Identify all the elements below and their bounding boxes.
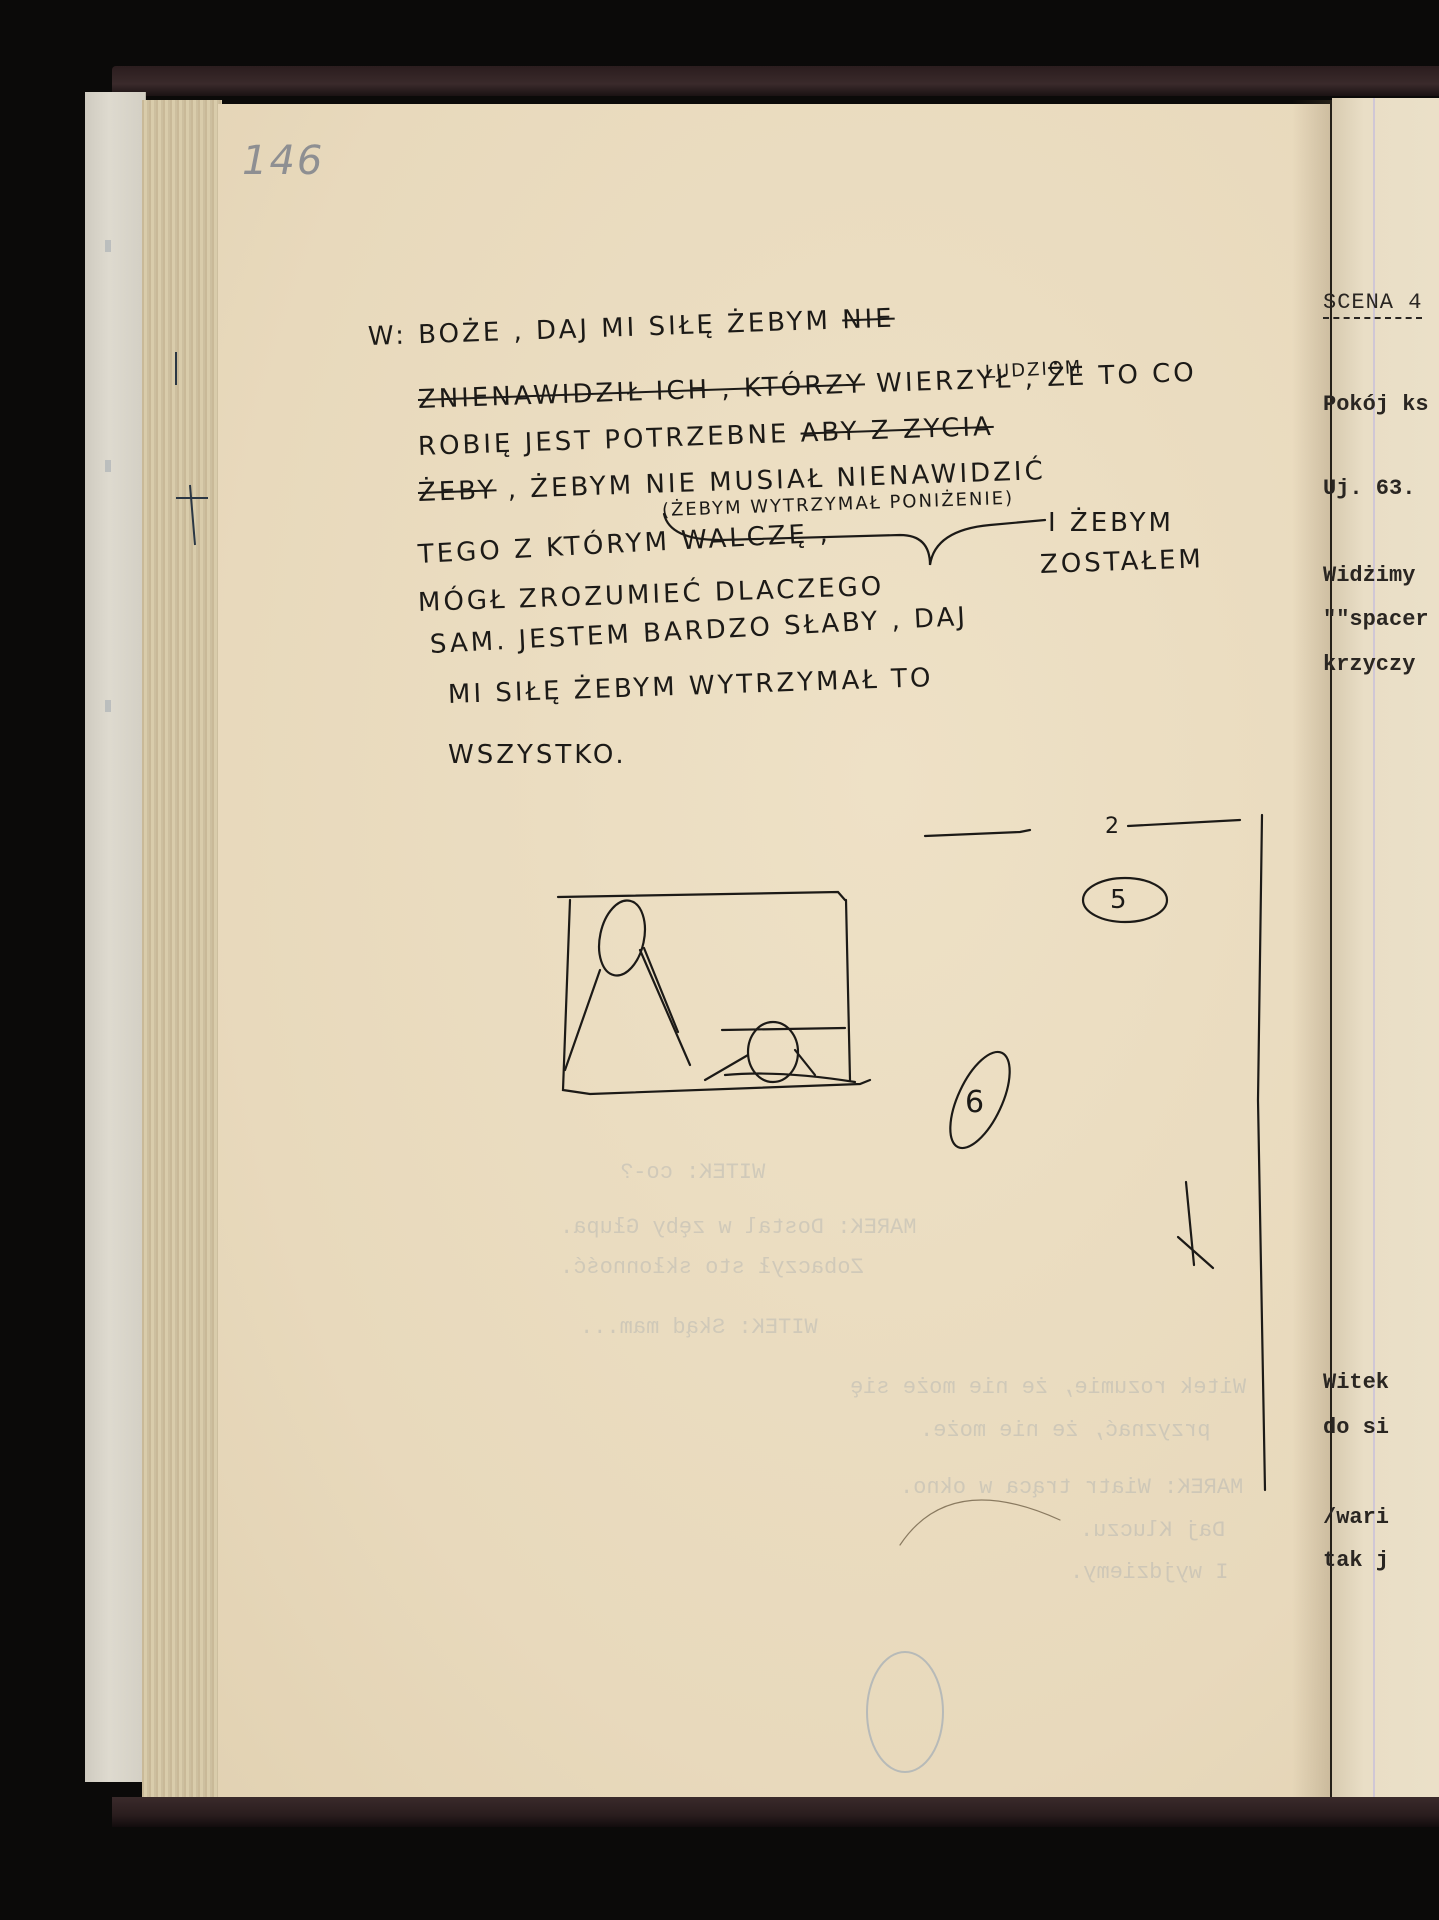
note-line-9: WSZYSTKO. — [448, 740, 627, 770]
tape-mark — [105, 240, 111, 252]
right-page — [1332, 98, 1439, 1798]
typed-line: tak j — [1323, 1548, 1389, 1573]
typed-line: ""spacer — [1323, 607, 1429, 632]
typed-line: do si — [1323, 1415, 1389, 1440]
gutter-shadow — [1292, 100, 1332, 1797]
typed-line: Uj. 63. — [1323, 476, 1415, 501]
page-number: 146 — [242, 138, 324, 184]
bleed-through-line: Daj Kluczu. — [1080, 1518, 1225, 1543]
right-page-margin-line — [1373, 98, 1375, 1798]
typed-line: Pokój ks — [1323, 392, 1429, 417]
typed-line: Widżimy — [1323, 563, 1415, 588]
book-cover-top-edge — [112, 66, 1439, 96]
note-line-5-end: I ŻEBYM — [1048, 508, 1174, 538]
typed-line: Witek — [1323, 1370, 1389, 1395]
scene-heading: SCENA 4 — [1323, 290, 1422, 319]
tape-mark — [105, 700, 111, 712]
bleed-through-line: WITEK: Skąd mam... — [580, 1315, 818, 1340]
bleed-through-line: Witek rozumie, że nie może się — [850, 1375, 1246, 1400]
tape-mark — [105, 460, 111, 472]
bleed-through-line: MAREK: Dostal w zęby Głupa. — [560, 1215, 916, 1240]
scene-heading-text: SCENA 4 — [1323, 290, 1422, 315]
page-stack-edges — [142, 100, 222, 1800]
struck-word: ŻEBY — [417, 475, 497, 508]
book-cover-bottom-edge — [112, 1797, 1439, 1827]
struck-word: NIE — [842, 304, 896, 336]
bleed-through-line: przyznać, że nie może. — [920, 1418, 1210, 1443]
typed-line: krzyczy — [1323, 652, 1415, 677]
bleed-through-line: Zobaczył sto skłonność. — [560, 1255, 864, 1280]
note-line-6-end: ZOSTAŁEM — [1039, 544, 1204, 580]
spine-tape-strip — [85, 92, 146, 1782]
scanned-book-spread: 146 WITEK: co-? MAREK: Dostal w zęby Głu… — [0, 0, 1439, 1920]
typed-line: /wari — [1323, 1505, 1389, 1530]
bleed-through-line: WITEK: co-? — [620, 1160, 765, 1185]
bleed-through-line: MAREK: Wiatr trąca w okno. — [900, 1475, 1243, 1500]
bleed-through-line: I wyjdziemy. — [1070, 1560, 1228, 1585]
